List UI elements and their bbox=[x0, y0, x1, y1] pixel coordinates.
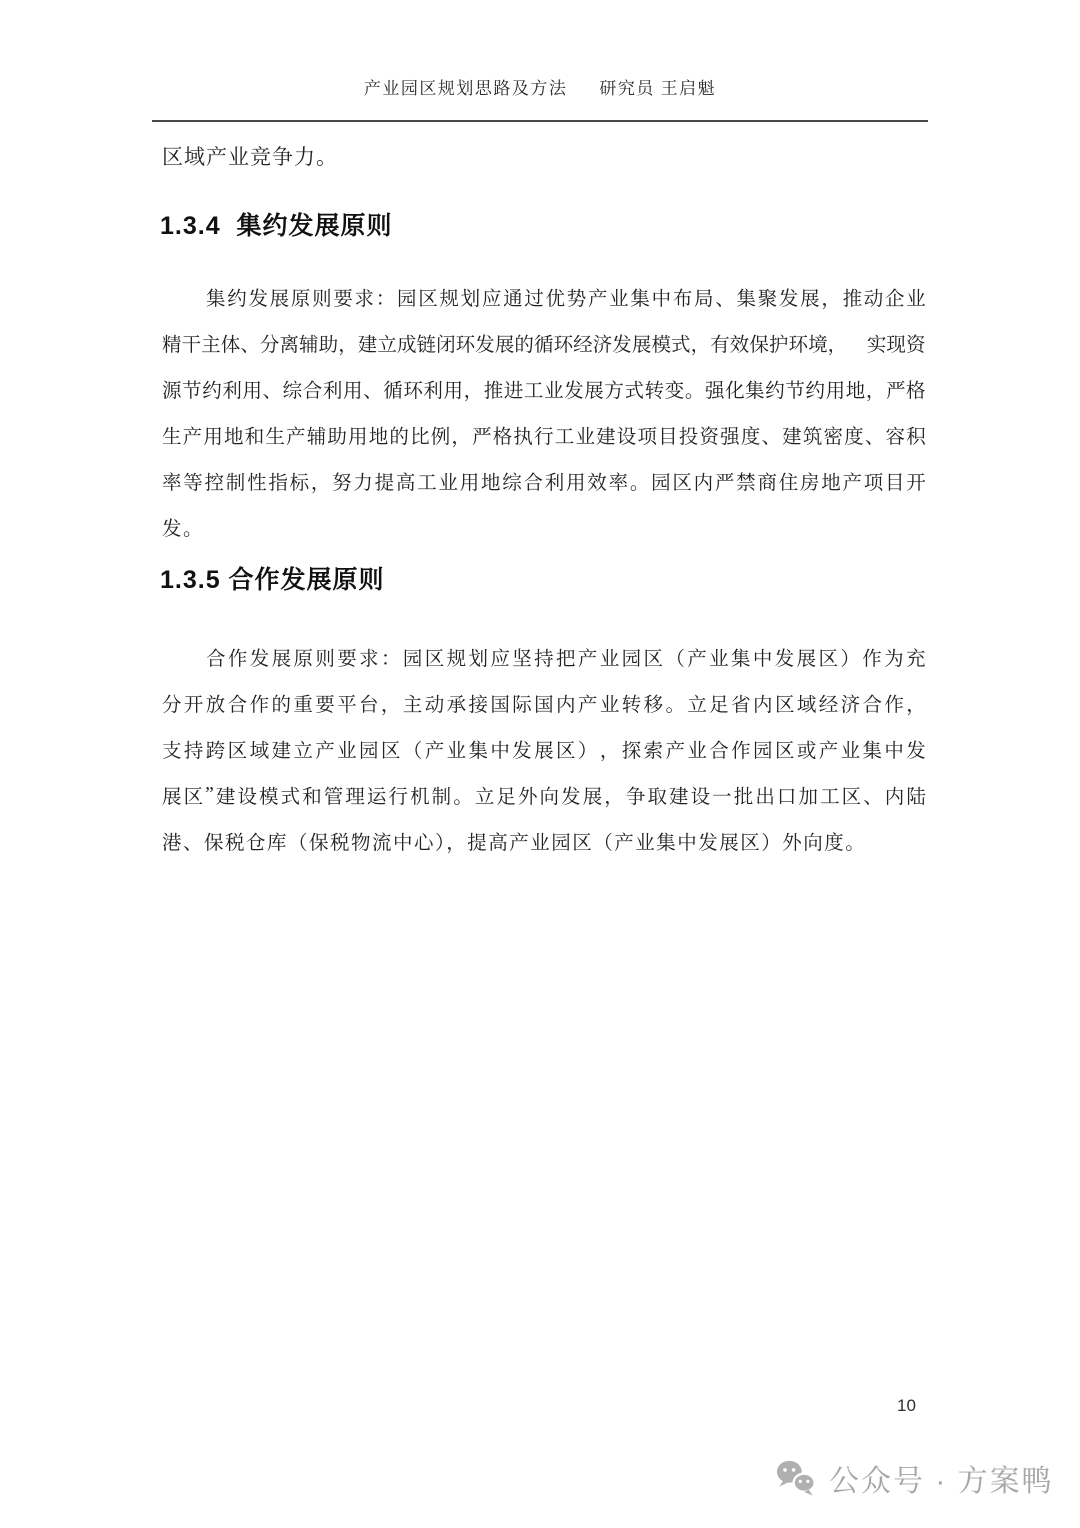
watermark-text: 公众号 · 方案鸭 bbox=[829, 1456, 1054, 1500]
paragraph-line: 分开放合作的重要平台，主动承接国际国内产业转移。立足省内区域经济合作， bbox=[162, 680, 926, 726]
paragraph-line: 集约发展原则要求：园区规划应通过优势产业集中布局、集聚发展，推动企业 bbox=[162, 274, 926, 320]
wechat-bubbles-icon bbox=[775, 1458, 817, 1498]
paragraph-line: 率等控制性指标，努力提高工业用地综合利用效率。园区内严禁商住房地产项目开 bbox=[162, 458, 926, 504]
paragraph-line: 展区”建设模式和管理运行机制。立足外向发展，争取建设一批出口加工区、内陆 bbox=[162, 772, 926, 818]
paragraph-line: 港、保税仓库（保税物流中心），提高产业园区（产业集中发展区）外向度。 bbox=[162, 818, 926, 864]
header-divider bbox=[152, 120, 928, 122]
paragraph-line: 合作发展原则要求：园区规划应坚持把产业园区（产业集中发展区）作为充 bbox=[162, 634, 926, 680]
watermark: 公众号 · 方案鸭 bbox=[775, 1456, 1054, 1500]
paragraph-line: 精干主体、分离辅助，建立成链闭环发展的循环经济发展模式，有效保护环境， 实现资 bbox=[162, 320, 926, 366]
section-heading-1-3-4: 1.3.4 集约发展原则 bbox=[160, 206, 393, 242]
paragraph-line: 发。 bbox=[162, 504, 926, 550]
section-heading-1-3-5: 1.3.5 合作发展原则 bbox=[160, 560, 385, 596]
page-number: 10 bbox=[897, 1396, 916, 1416]
paragraph-1: 集约发展原则要求：园区规划应通过优势产业集中布局、集聚发展，推动企业 精干主体、… bbox=[162, 274, 926, 550]
paragraph-2: 合作发展原则要求：园区规划应坚持把产业园区（产业集中发展区）作为充 分开放合作的… bbox=[162, 634, 926, 864]
paragraph-line: 生产用地和生产辅助用地的比例，严格执行工业建设项目投资强度、建筑密度、容积 bbox=[162, 412, 926, 458]
paragraph-line: 支持跨区域建立产业园区（产业集中发展区），探索产业合作园区或产业集中发 bbox=[162, 726, 926, 772]
intro-text: 区域产业竞争力。 bbox=[162, 141, 338, 171]
paragraph-line: 源节约利用、综合利用、循环利用，推进工业发展方式转变。强化集约节约用地，严格 bbox=[162, 366, 926, 412]
page-header: 产业园区规划思路及方法 研究员 王启魁 bbox=[0, 74, 1080, 99]
header-title: 产业园区规划思路及方法 bbox=[364, 74, 568, 99]
document-page: 产业园区规划思路及方法 研究员 王启魁 区域产业竞争力。 1.3.4 集约发展原… bbox=[0, 0, 1080, 1528]
header-author: 研究员 王启魁 bbox=[599, 74, 716, 99]
